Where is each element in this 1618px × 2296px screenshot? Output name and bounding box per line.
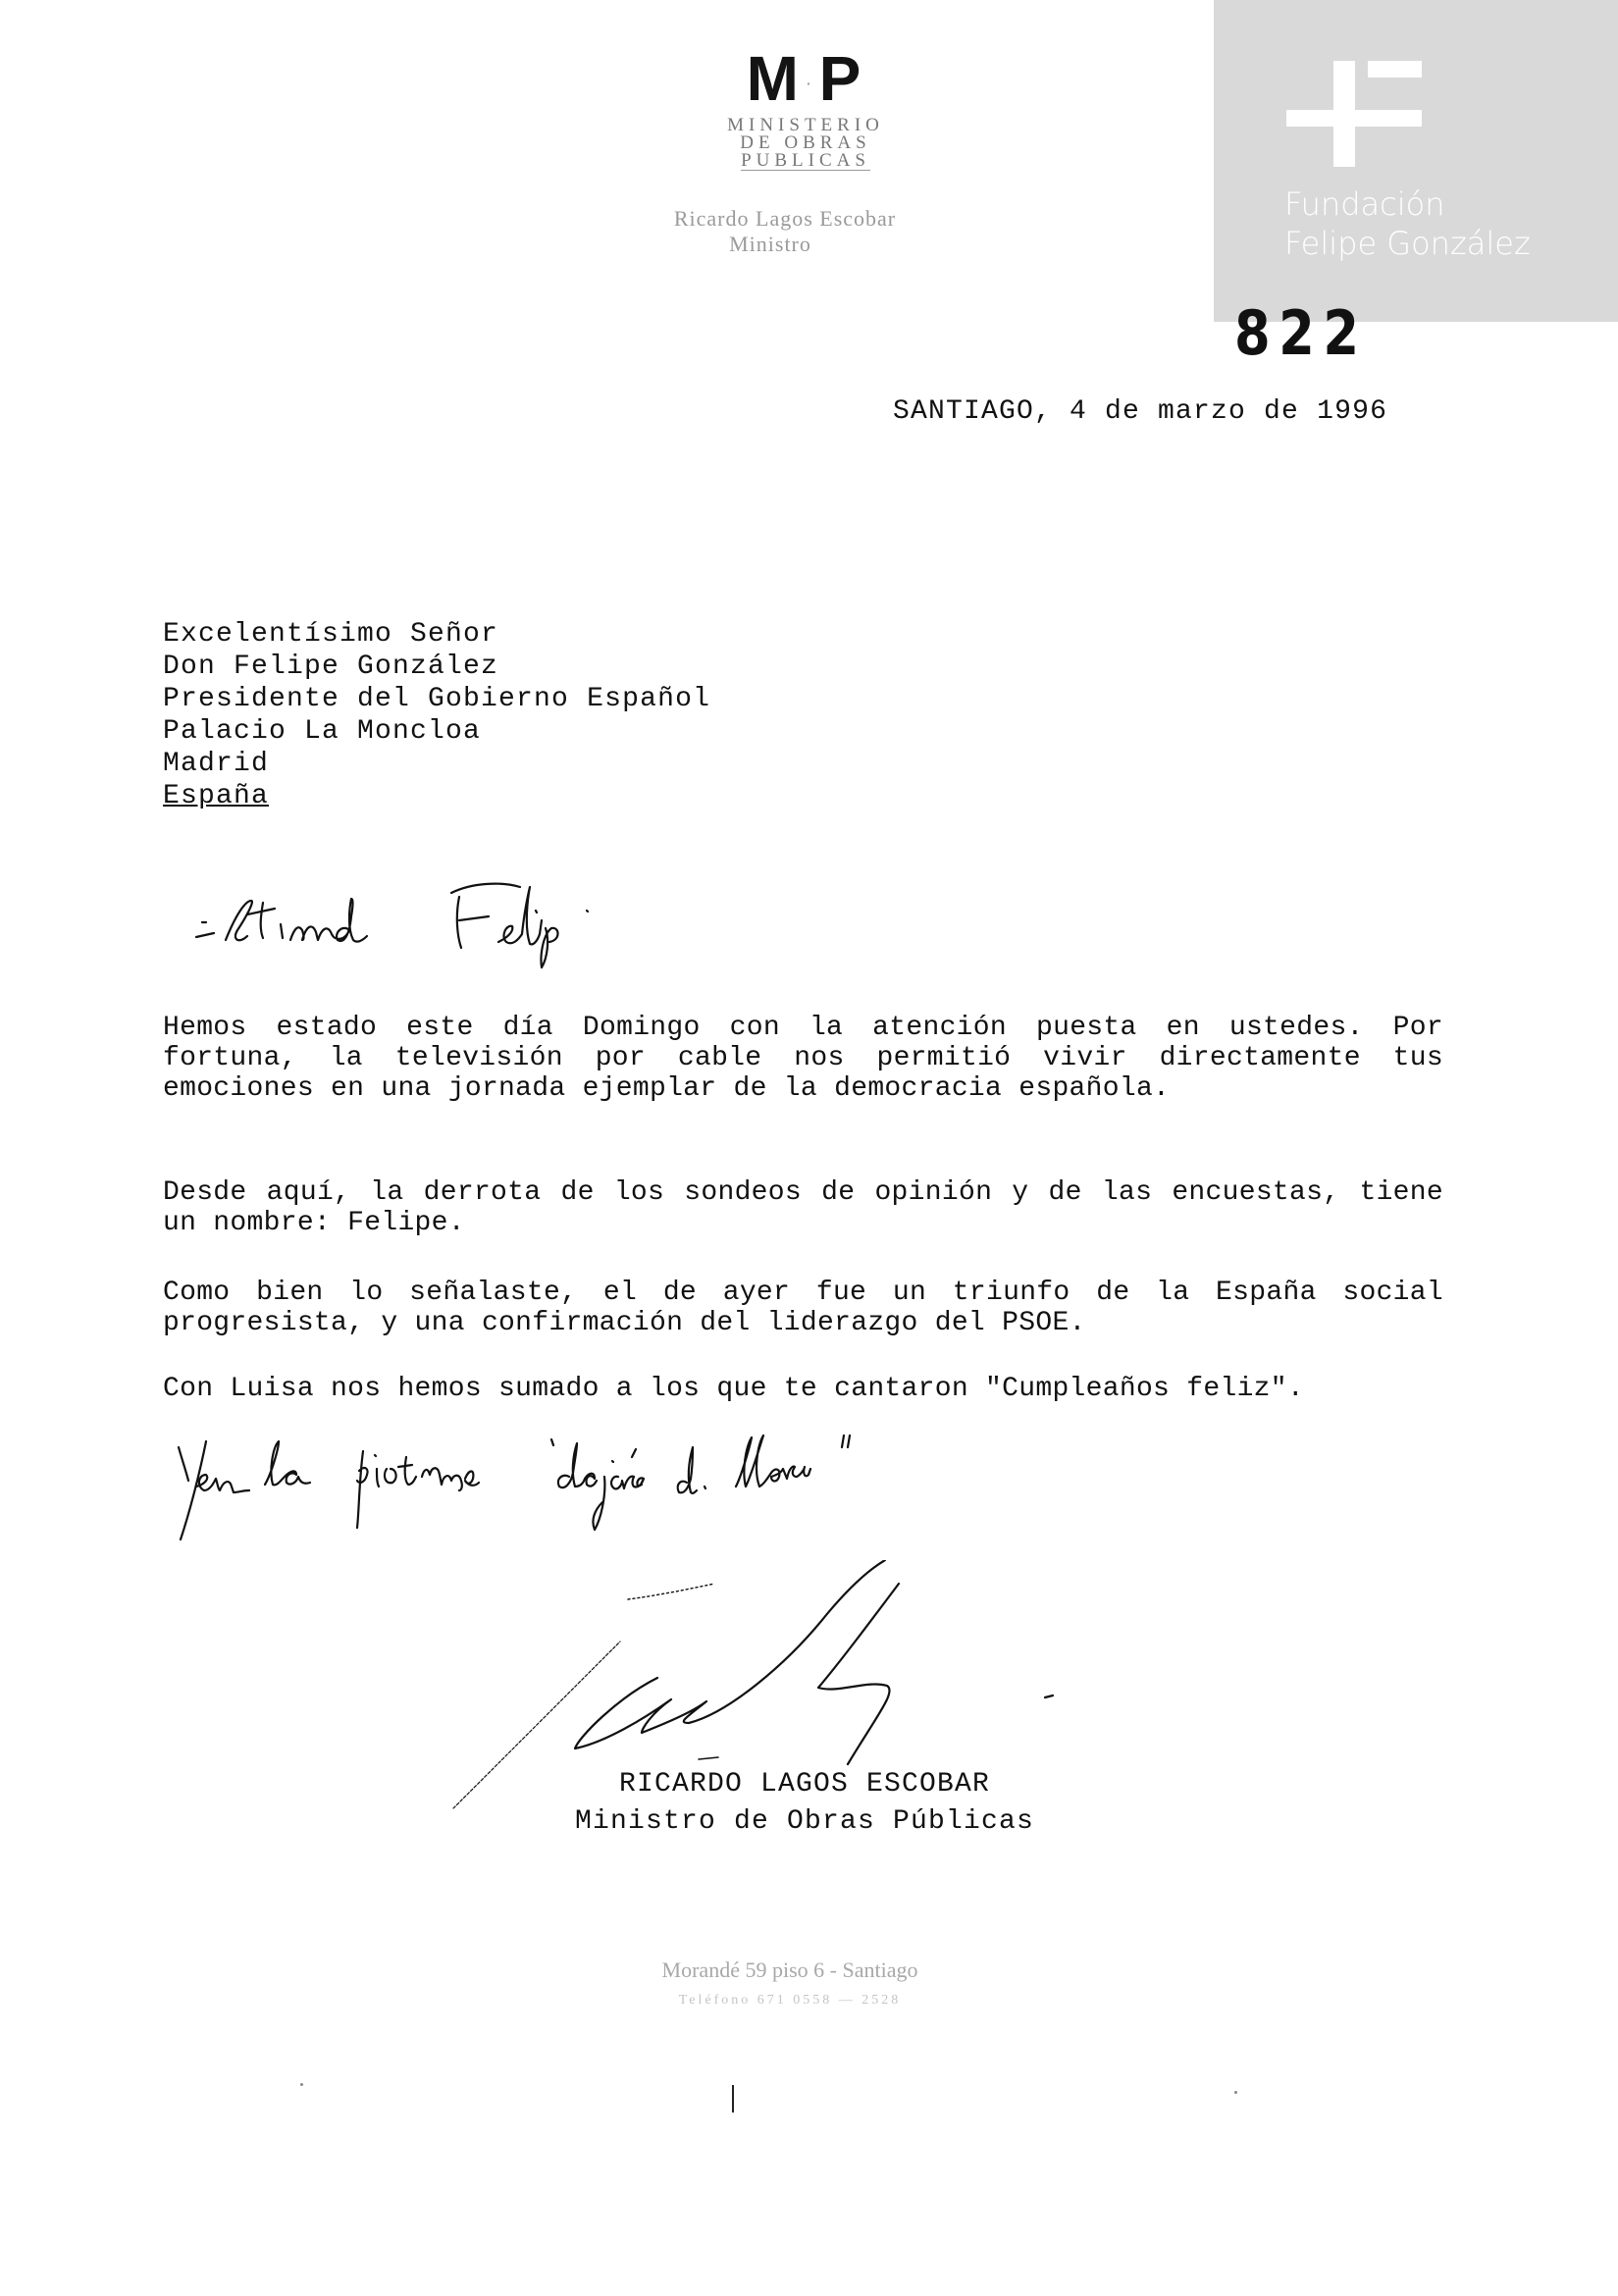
- signer-name: RICARDO LAGOS ESCOBAR: [540, 1766, 1070, 1803]
- body-paragraph-2: Desde aquí, la derrota de los sondeos de…: [163, 1177, 1443, 1238]
- addressee-line: Don Felipe González: [163, 651, 710, 683]
- body-paragraph-3: Como bien lo señalaste, el de ayer fue u…: [163, 1278, 1443, 1338]
- addressee-line: Presidente del Gobierno Español: [163, 683, 710, 715]
- logo-letter-m: M: [747, 43, 801, 114]
- signer-title: Ministro de Obras Públicas: [540, 1803, 1070, 1841]
- signer-block: RICARDO LAGOS ESCOBAR Ministro de Obras …: [540, 1766, 1070, 1841]
- footer-address: Morandé 59 piso 6 - Santiago: [530, 1957, 1050, 1983]
- foundation-name-line-1: Fundación: [1284, 184, 1531, 224]
- addressee-line: España: [163, 780, 710, 812]
- scan-speck: [300, 2083, 303, 2086]
- addressee-line: Madrid: [163, 748, 710, 780]
- letterhead-sender-name: Ricardo Lagos Escobar: [628, 206, 942, 232]
- ministry-name: MINISTERIO DE OBRAS PUBLICAS: [669, 117, 942, 171]
- addressee-block: Excelentísimo Señor Don Felipe González …: [163, 618, 710, 812]
- body-paragraph-4: Con Luisa nos hemos sumado a los que te …: [163, 1374, 1443, 1404]
- foundation-name-line-2: Felipe González: [1284, 224, 1531, 263]
- foundation-name: Fundación Felipe González: [1284, 184, 1531, 263]
- foundation-watermark: Fundación Felipe González: [1214, 0, 1618, 322]
- scan-speck: [1234, 2091, 1237, 2094]
- body-paragraph-1: Hemos estado este día Domingo con la ate…: [163, 1013, 1443, 1104]
- date-line: SANTIAGO, 4 de marzo de 1996: [893, 396, 1387, 427]
- logo-separator-icon: ·: [807, 76, 813, 91]
- handwritten-postscript: Y en la próxima "dejaré de llorar": [167, 1428, 1423, 1540]
- footer-phone: Teléfono 671 0558 — 2528: [530, 1993, 1050, 2009]
- letterhead: M·P MINISTERIO DE OBRAS PUBLICAS Ricardo…: [687, 49, 942, 257]
- handwritten-salutation: Estimado Felipe: [186, 863, 795, 971]
- document-number-stamp: 822: [1234, 297, 1368, 369]
- mop-logo: M·P: [667, 49, 942, 113]
- addressee-line: Palacio La Moncloa: [163, 715, 710, 748]
- logo-letter-p: P: [819, 43, 863, 114]
- addressee-line: Excelentísimo Señor: [163, 618, 710, 651]
- ministry-line-3: PUBLICAS: [741, 152, 870, 171]
- page-mark: [732, 2085, 734, 2113]
- fundacion-fg-logo-icon: [1286, 61, 1424, 169]
- letterhead-footer: Morandé 59 piso 6 - Santiago Teléfono 67…: [530, 1957, 1050, 2009]
- letterhead-sender-role: Ministro: [599, 232, 942, 257]
